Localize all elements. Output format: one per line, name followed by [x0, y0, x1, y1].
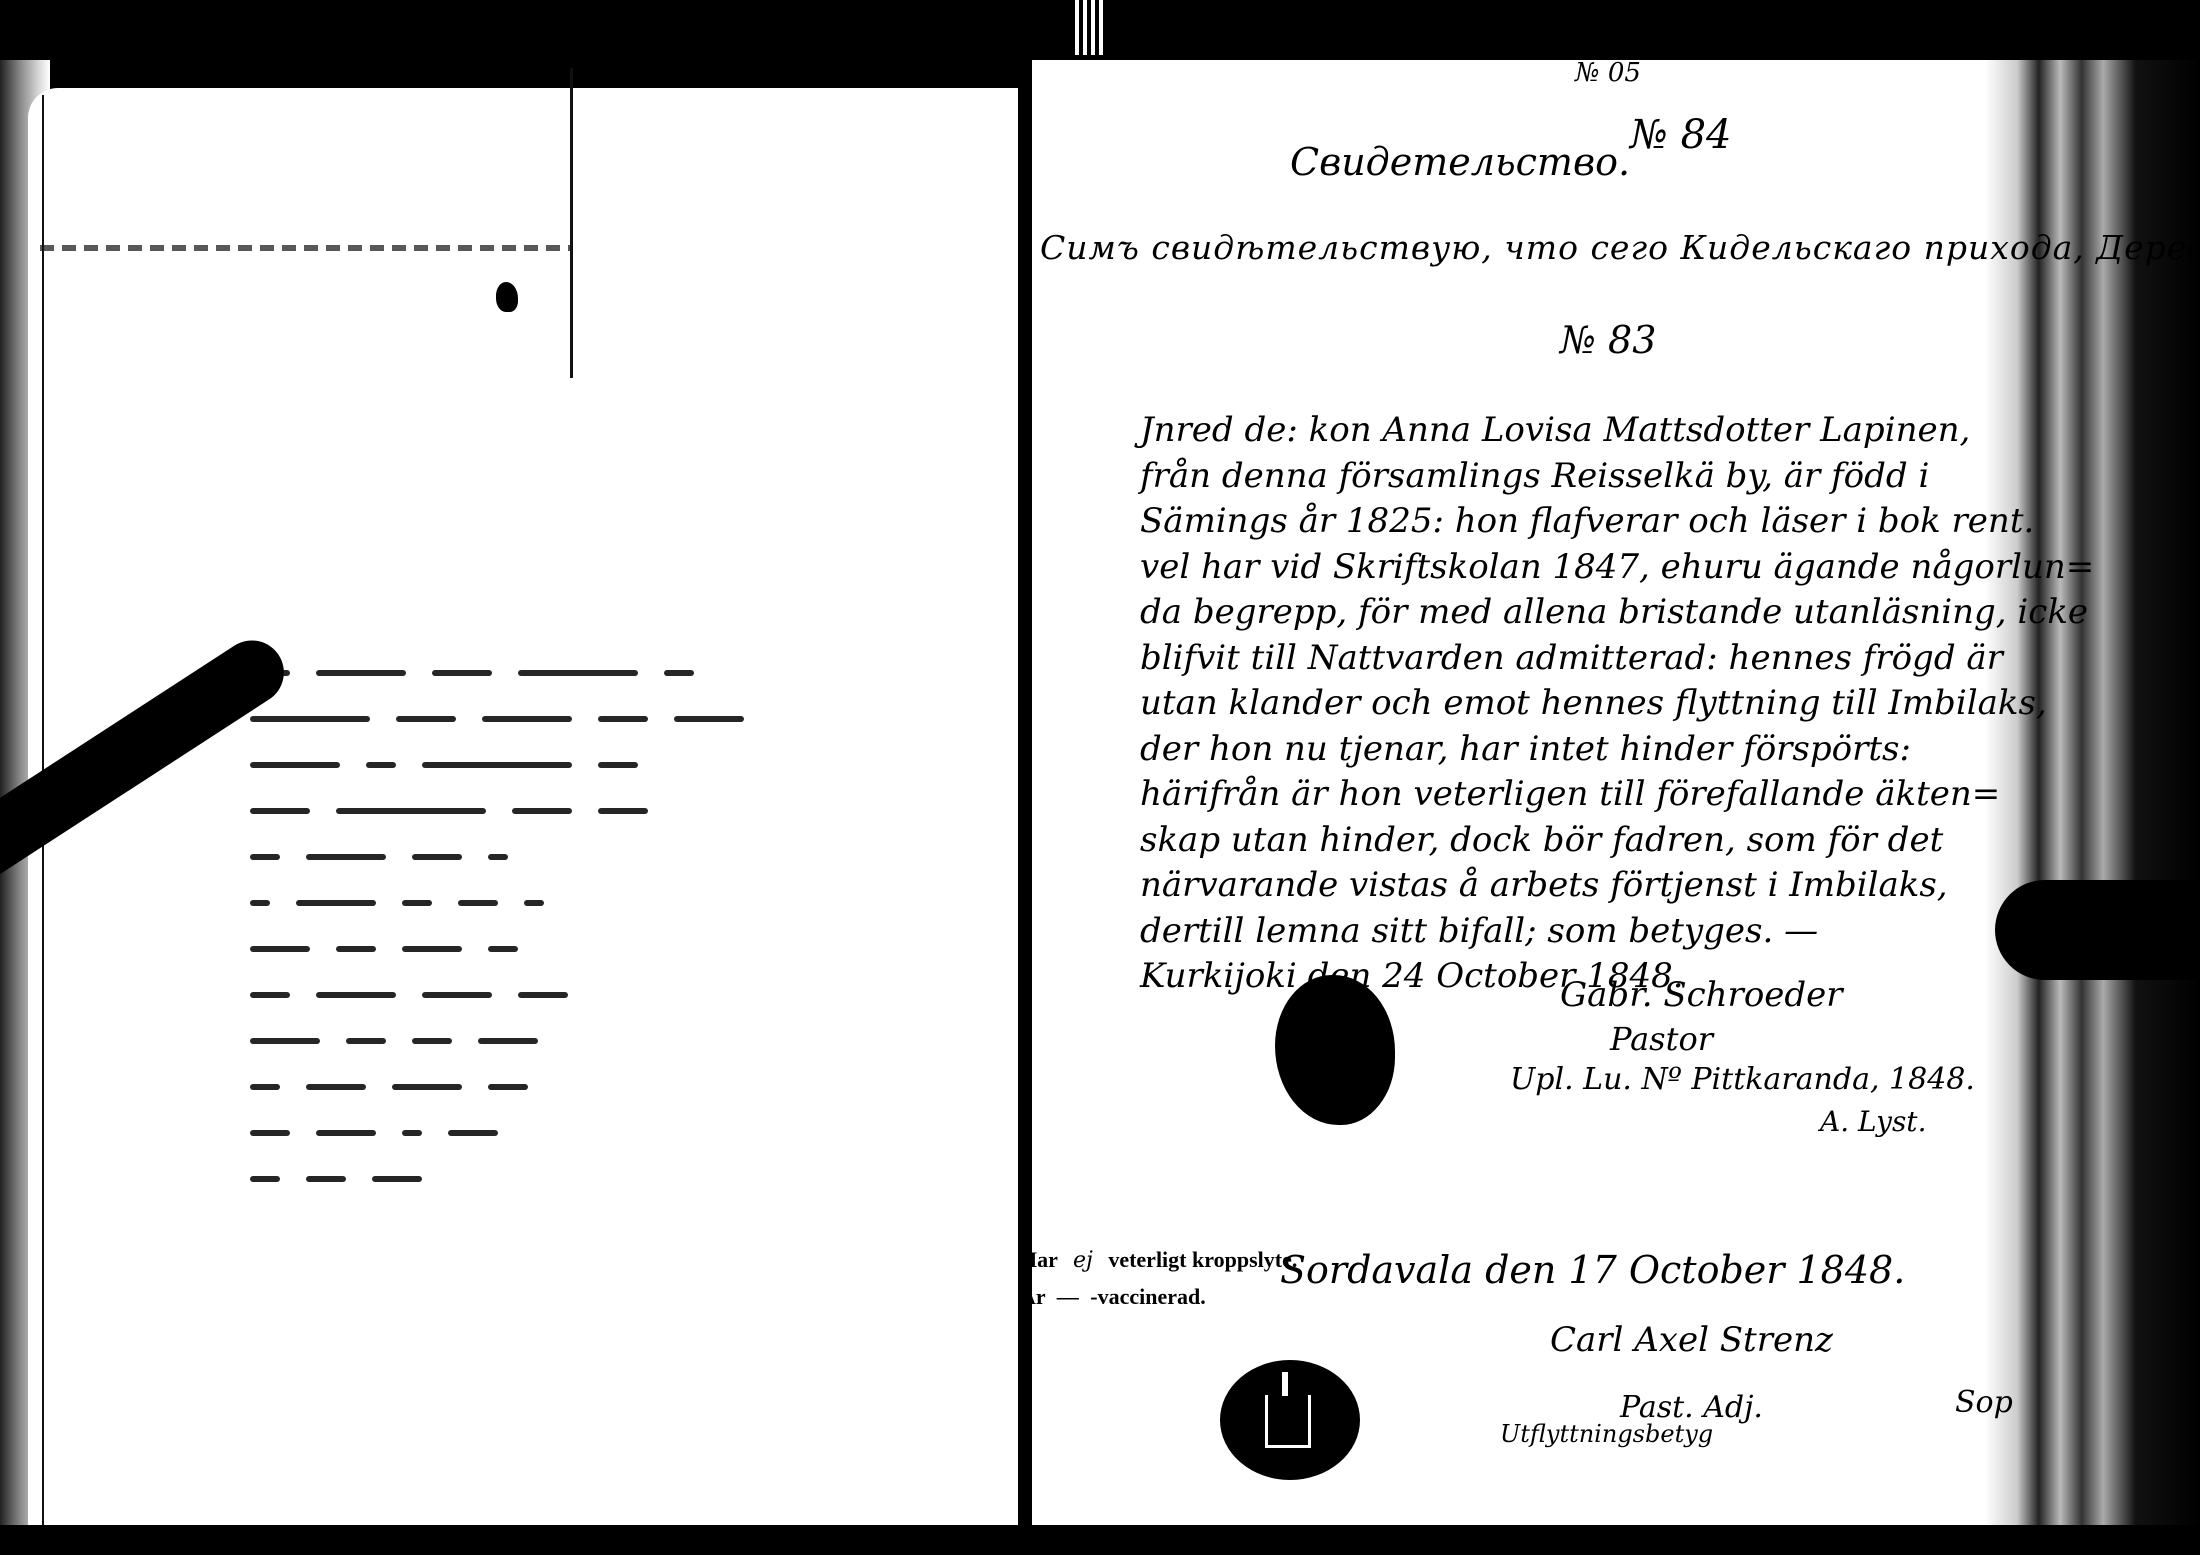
body-line: närvarande vistas å arbets förtjenst i I…	[1140, 863, 2050, 909]
church-building-icon	[1265, 1395, 1311, 1448]
body-line: utan klander och emot hennes flyttning t…	[1140, 681, 2050, 727]
book-binding-strip	[1075, 0, 1105, 55]
body-line: der hon nu tjenar, har intet hinder förs…	[1140, 727, 2050, 773]
russian-preamble: Симъ свидѣтельствую, что сего Кидельскаг…	[1040, 228, 2200, 267]
record-number: № 83	[1560, 318, 1656, 362]
ink-blot	[496, 282, 518, 312]
document-title: Свидетельство.	[1290, 140, 1630, 184]
body-line: blifvit till Nattvarden admitterad: henn…	[1140, 636, 2050, 682]
body-line: dertill lemna sitt bifall; som betyges. …	[1140, 909, 2050, 955]
certificate-body: Jnred de: kon Anna Lovisa Mattsdotter La…	[1140, 408, 2050, 1000]
record-number-top: № 84	[1630, 112, 1731, 158]
annotation-signer: A. Lyst.	[1820, 1105, 1926, 1138]
registration-annotation: Upl. Lu. Nº Pittkaranda, 1848.	[1510, 1062, 1975, 1097]
form-line-health: Har ej veterligt kroppslyte.	[1020, 1242, 1297, 1279]
body-line: Jnred de: kon Anna Lovisa Mattsdotter La…	[1140, 408, 2050, 454]
body-line: härifrån är hon veterligen till förefall…	[1140, 772, 2050, 818]
body-line: från denna församlings Reisselkä by, är …	[1140, 454, 2050, 500]
scan-bottom-edge	[0, 1525, 2200, 1555]
church-spire-icon	[1282, 1372, 1288, 1396]
second-place-date: Sordavala den 17 October 1848.	[1280, 1248, 1905, 1292]
second-signature: Carl Axel Strenz	[1550, 1320, 1833, 1360]
body-line: skap utan hinder, dock bör fadren, som f…	[1140, 818, 2050, 864]
archive-number: № 05	[1575, 58, 1641, 88]
margin-note: Sop	[1955, 1385, 2013, 1420]
form-line-vaccination: Är — -vaccinerad.	[1020, 1279, 1297, 1315]
church-stamp-seal-icon	[1220, 1360, 1360, 1480]
book-gutter	[1018, 60, 1032, 1550]
left-page-fold-line	[570, 68, 573, 378]
printed-form-fields: Har ej veterligt kroppslyte. Är — -vacci…	[1020, 1242, 1297, 1315]
second-note: Utflyttningsbetyg	[1500, 1420, 1713, 1448]
left-page-bleedthrough-text	[250, 650, 990, 1202]
signer-title: Pastor	[1610, 1020, 1713, 1058]
left-page-crease	[40, 245, 570, 251]
body-line: da begrepp, för med allena bristande uta…	[1140, 590, 2050, 636]
body-line: Sämings år 1825: hon flafverar och läser…	[1140, 499, 2050, 545]
pastor-signature: Gabr. Schroeder	[1560, 975, 1843, 1015]
body-line: vel har vid Skriftskolan 1847, ehuru äga…	[1140, 545, 2050, 591]
